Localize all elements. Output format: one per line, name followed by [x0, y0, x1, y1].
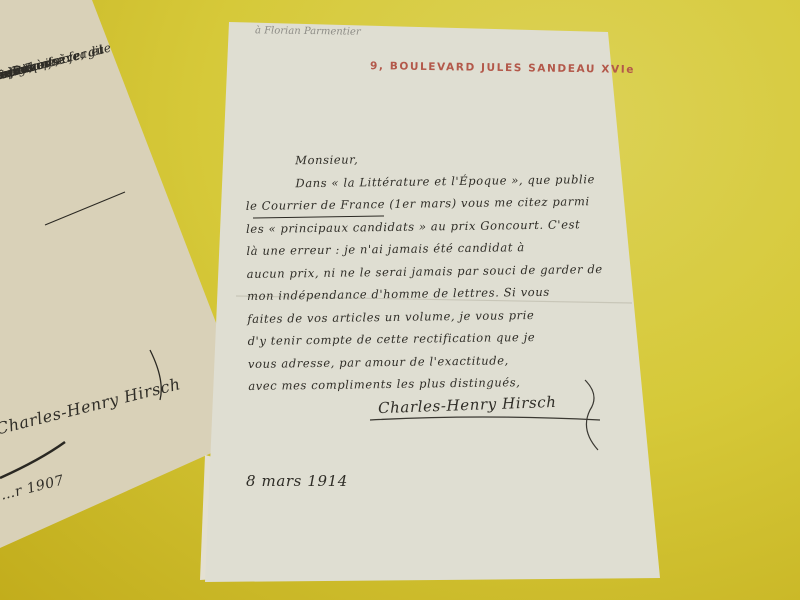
pencil-dedication: à Florian Parmentier	[255, 25, 361, 37]
date-right: 8 mars 1914	[246, 472, 348, 490]
photo-scene: à Florian Parmentier 9, BOULEVARD JULES …	[0, 0, 800, 600]
right-letter-body: Monsieur, Dans « la Littérature et l'Épo…	[245, 144, 648, 397]
